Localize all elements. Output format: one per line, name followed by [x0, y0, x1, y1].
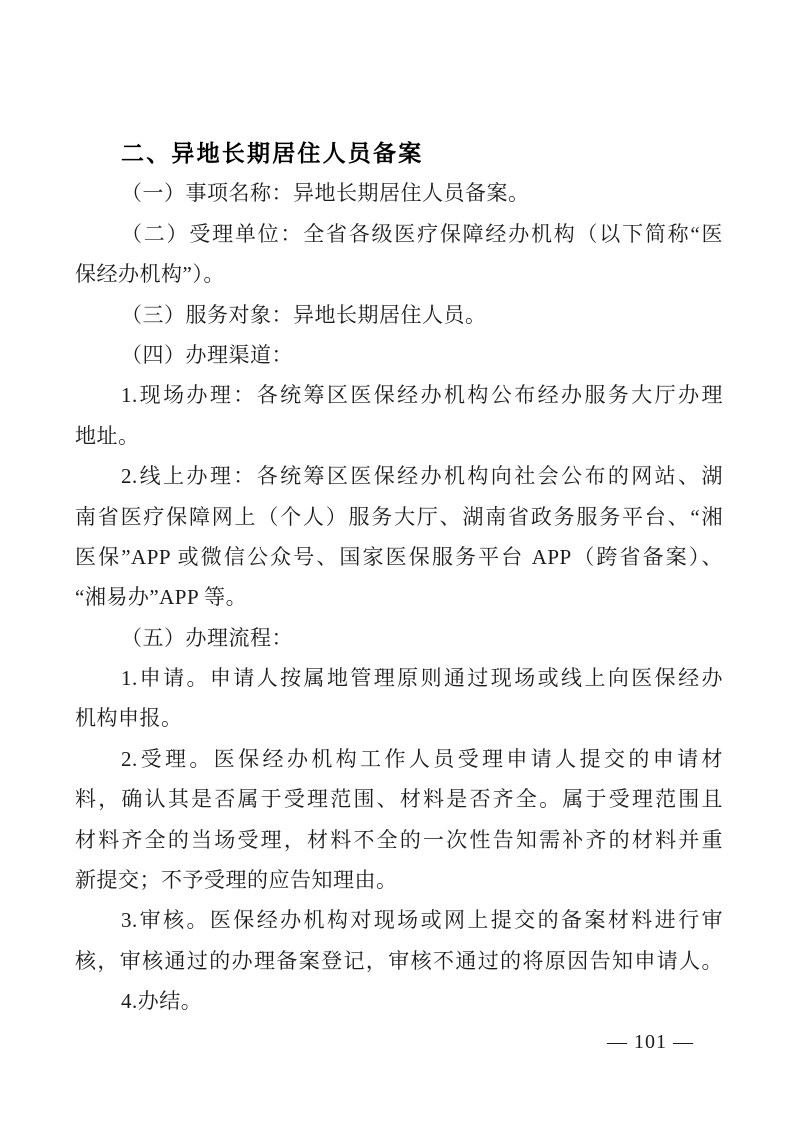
text-line: 保经办机构”）。	[75, 254, 723, 294]
text-line: （一）事项名称：异地长期居住人员备案。	[75, 173, 723, 213]
text-line: （五）办理流程：	[75, 618, 723, 658]
text-line: 2.线上办理：各统筹区医保经办机构向社会公布的网站、湖	[75, 456, 723, 496]
text-line: 1.申请。申请人按属地管理原则通过现场或线上向医保经办	[75, 658, 723, 698]
document-body: 二、异地长期居住人员备案 （一）事项名称：异地长期居住人员备案。 （二）受理单位…	[75, 133, 723, 1022]
text-line: （三）服务对象：异地长期居住人员。	[75, 295, 723, 335]
text-line: 3.审核。医保经办机构对现场或网上提交的备案材料进行审	[75, 900, 723, 940]
text-line: 地址。	[75, 416, 723, 456]
text-line: 材料齐全的当场受理，材料不全的一次性告知需补齐的材料并重	[75, 820, 723, 860]
section-heading: 二、异地长期居住人员备案	[75, 133, 723, 173]
text-line: 南省医疗保障网上（个人）服务大厅、湖南省政务服务平台、“湘	[75, 497, 723, 537]
text-line: 1.现场办理：各统筹区医保经办机构公布经办服务大厅办理	[75, 375, 723, 415]
text-line: 2.受理。医保经办机构工作人员受理申请人提交的申请材	[75, 739, 723, 779]
page-number: — 101 —	[607, 1031, 694, 1054]
text-line: 4.办结。	[75, 981, 723, 1021]
text-line: 新提交；不予受理的应告知理由。	[75, 860, 723, 900]
text-line: 料，确认其是否属于受理范围、材料是否齐全。属于受理范围且	[75, 779, 723, 819]
text-line: “湘易办”APP 等。	[75, 577, 723, 617]
text-line: 核，审核通过的办理备案登记，审核不通过的将原因告知申请人。	[75, 941, 723, 981]
text-line: 机构申报。	[75, 698, 723, 738]
text-line: 医保”APP 或微信公众号、国家医保服务平台 APP（跨省备案）、	[75, 537, 723, 577]
document-page: 二、异地长期居住人员备案 （一）事项名称：异地长期居住人员备案。 （二）受理单位…	[0, 0, 793, 1122]
text-line: （四）办理渠道：	[75, 335, 723, 375]
text-line: （二）受理单位：全省各级医疗保障经办机构（以下简称“医	[75, 214, 723, 254]
